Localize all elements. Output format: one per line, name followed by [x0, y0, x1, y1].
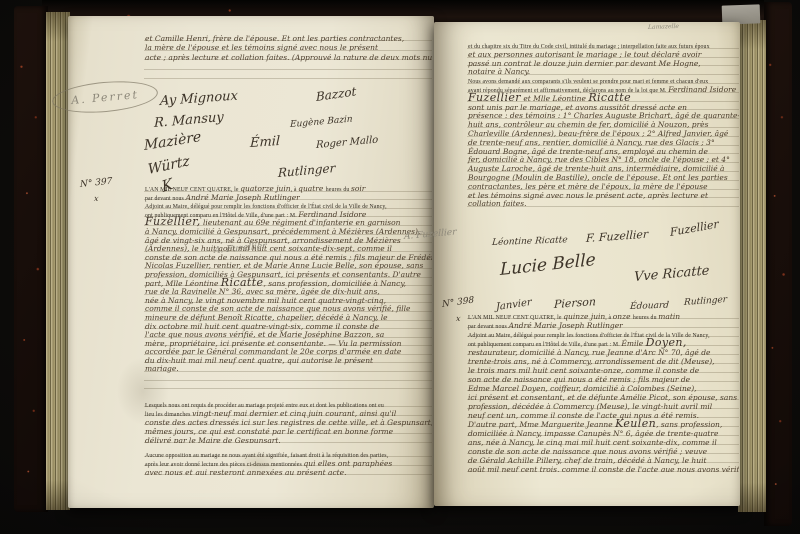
- signature: N° 397: [80, 177, 112, 190]
- right-page: et du chapitre six du Titre du Code civi…: [434, 22, 740, 506]
- left-margin-annotations: N° 397xA. Fuzellier: [68, 16, 434, 508]
- photo-background: A. Perret et Camille Henri, frère de l'é…: [0, 0, 800, 534]
- signature: x: [94, 194, 99, 203]
- right-margin-annotations: A. FuzellierN° 398xLamazelle: [434, 22, 740, 506]
- book-cover-left: [14, 6, 48, 512]
- pencil-annotation: A. Fuzellier: [214, 241, 267, 256]
- pencil-annotation: Lamazelle: [648, 23, 679, 31]
- page-edges-right: [738, 20, 766, 512]
- left-page: A. Perret et Camille Henri, frère de l'é…: [68, 16, 434, 508]
- signature: x: [456, 314, 461, 323]
- signature: N° 398: [442, 295, 474, 310]
- page-edges-left: [46, 12, 70, 510]
- book-cover-right: [764, 2, 792, 526]
